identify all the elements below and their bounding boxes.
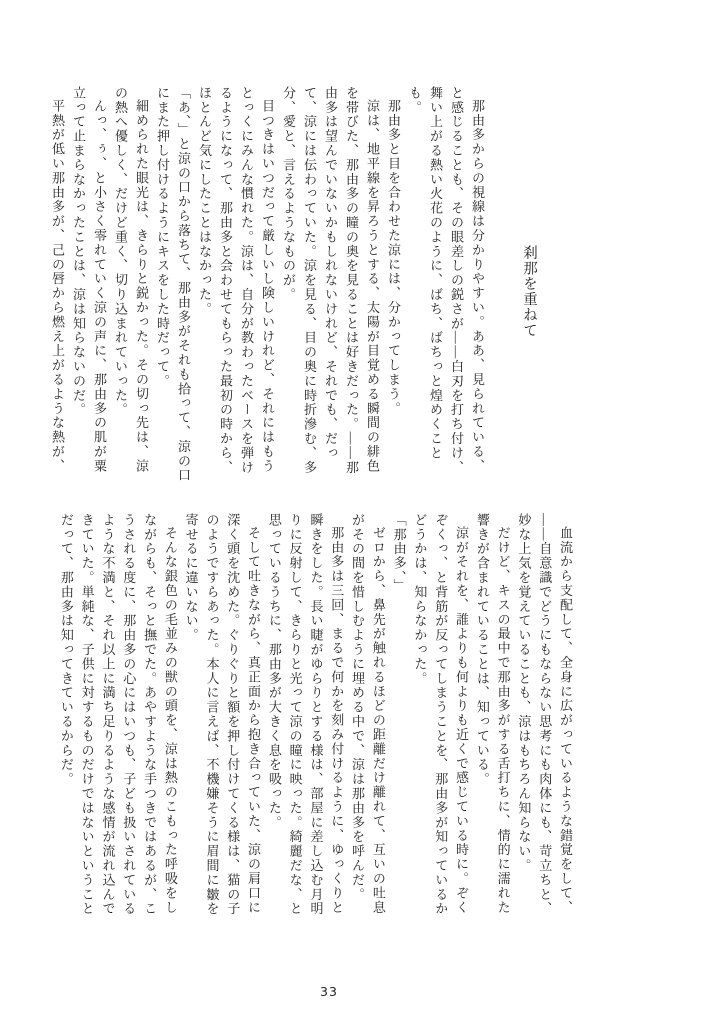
paragraph: 「那由多、」	[388, 513, 409, 928]
paragraph: 平熱が低い那由多が、己の唇から燃え上がるような熱が、	[47, 86, 68, 484]
paragraph: 細められた眼光は、きらりと鋭かった。その切っ先は、涼の熱へ優しく、だけど重く、切…	[110, 86, 152, 484]
paragraph: 那由多からの視線は分かりやすい。ああ、見られている、と感じることも、その眼差しの…	[404, 86, 488, 484]
chapter-title: 刹那を重ねて	[519, 245, 540, 338]
paragraph: 血流から支配して、全身に広がっているような錯覚をして、――自意識でどうにもならな…	[513, 513, 575, 928]
bottom-text-block: 血流から支配して、全身に広がっているような錯覚をして、――自意識でどうにもならな…	[55, 513, 575, 928]
paragraph: 涼がそれを、誰よりも何よりも近くで感じている時に。ぞくぞくっ、と背筋が反ってしま…	[409, 513, 471, 928]
book-page: 刹那を重ねて 那由多からの視線は分かりやすい。ああ、見られている、と感じることも…	[0, 0, 728, 1024]
paragraph: だけど、キスの最中で那由多がする舌打ちに、情的に濡れた響きが含まれていることは、…	[471, 513, 513, 928]
paragraph: そんな銀色の毛並みの獣の頭を、涼は熱のこもった呼吸をしながらも、そっと撫でた。あ…	[55, 513, 180, 928]
top-text-block: 那由多からの視線は分かりやすい。ああ、見られている、と感じることも、その眼差しの…	[47, 86, 488, 484]
paragraph: 目つきはいつだって厳しいし険しいけれど、それにはもうとっくにみんな慣れた。涼は、…	[194, 86, 278, 484]
paragraph: 「あ、」と涼の口から落ちて、那由多がそれも拾って、涼の口にまた押し付けるようにキ…	[152, 86, 194, 484]
paragraph: 涼は、地平線を昇ろうとする、太陽が目覚める瞬間の緋色を帯びた、那由多の瞳の奥を見…	[278, 86, 383, 484]
paragraph: んっ、ぅ、と小さく零れていく涼の声に、那由多の肌が粟立って止まらなかったことは、…	[68, 86, 110, 484]
page-number: 33	[320, 984, 338, 999]
paragraph: 那由多と目を合わせた涼には、分かってしまう。	[383, 86, 404, 484]
paragraph: ゼロから、鼻先が触れるほどの距離だけ離れて、互いの吐息がその間を惜しむように埋め…	[346, 513, 388, 928]
paragraph: そして吐きながら、真正面から抱き合っていた、涼の肩口に深く頭を沈めた。ぐりぐりと…	[180, 513, 263, 928]
paragraph: 那由多は三回、まるで何かを刻み付けるように、ゆっくりと瞬きをした。長い睫がゆらり…	[263, 513, 346, 928]
